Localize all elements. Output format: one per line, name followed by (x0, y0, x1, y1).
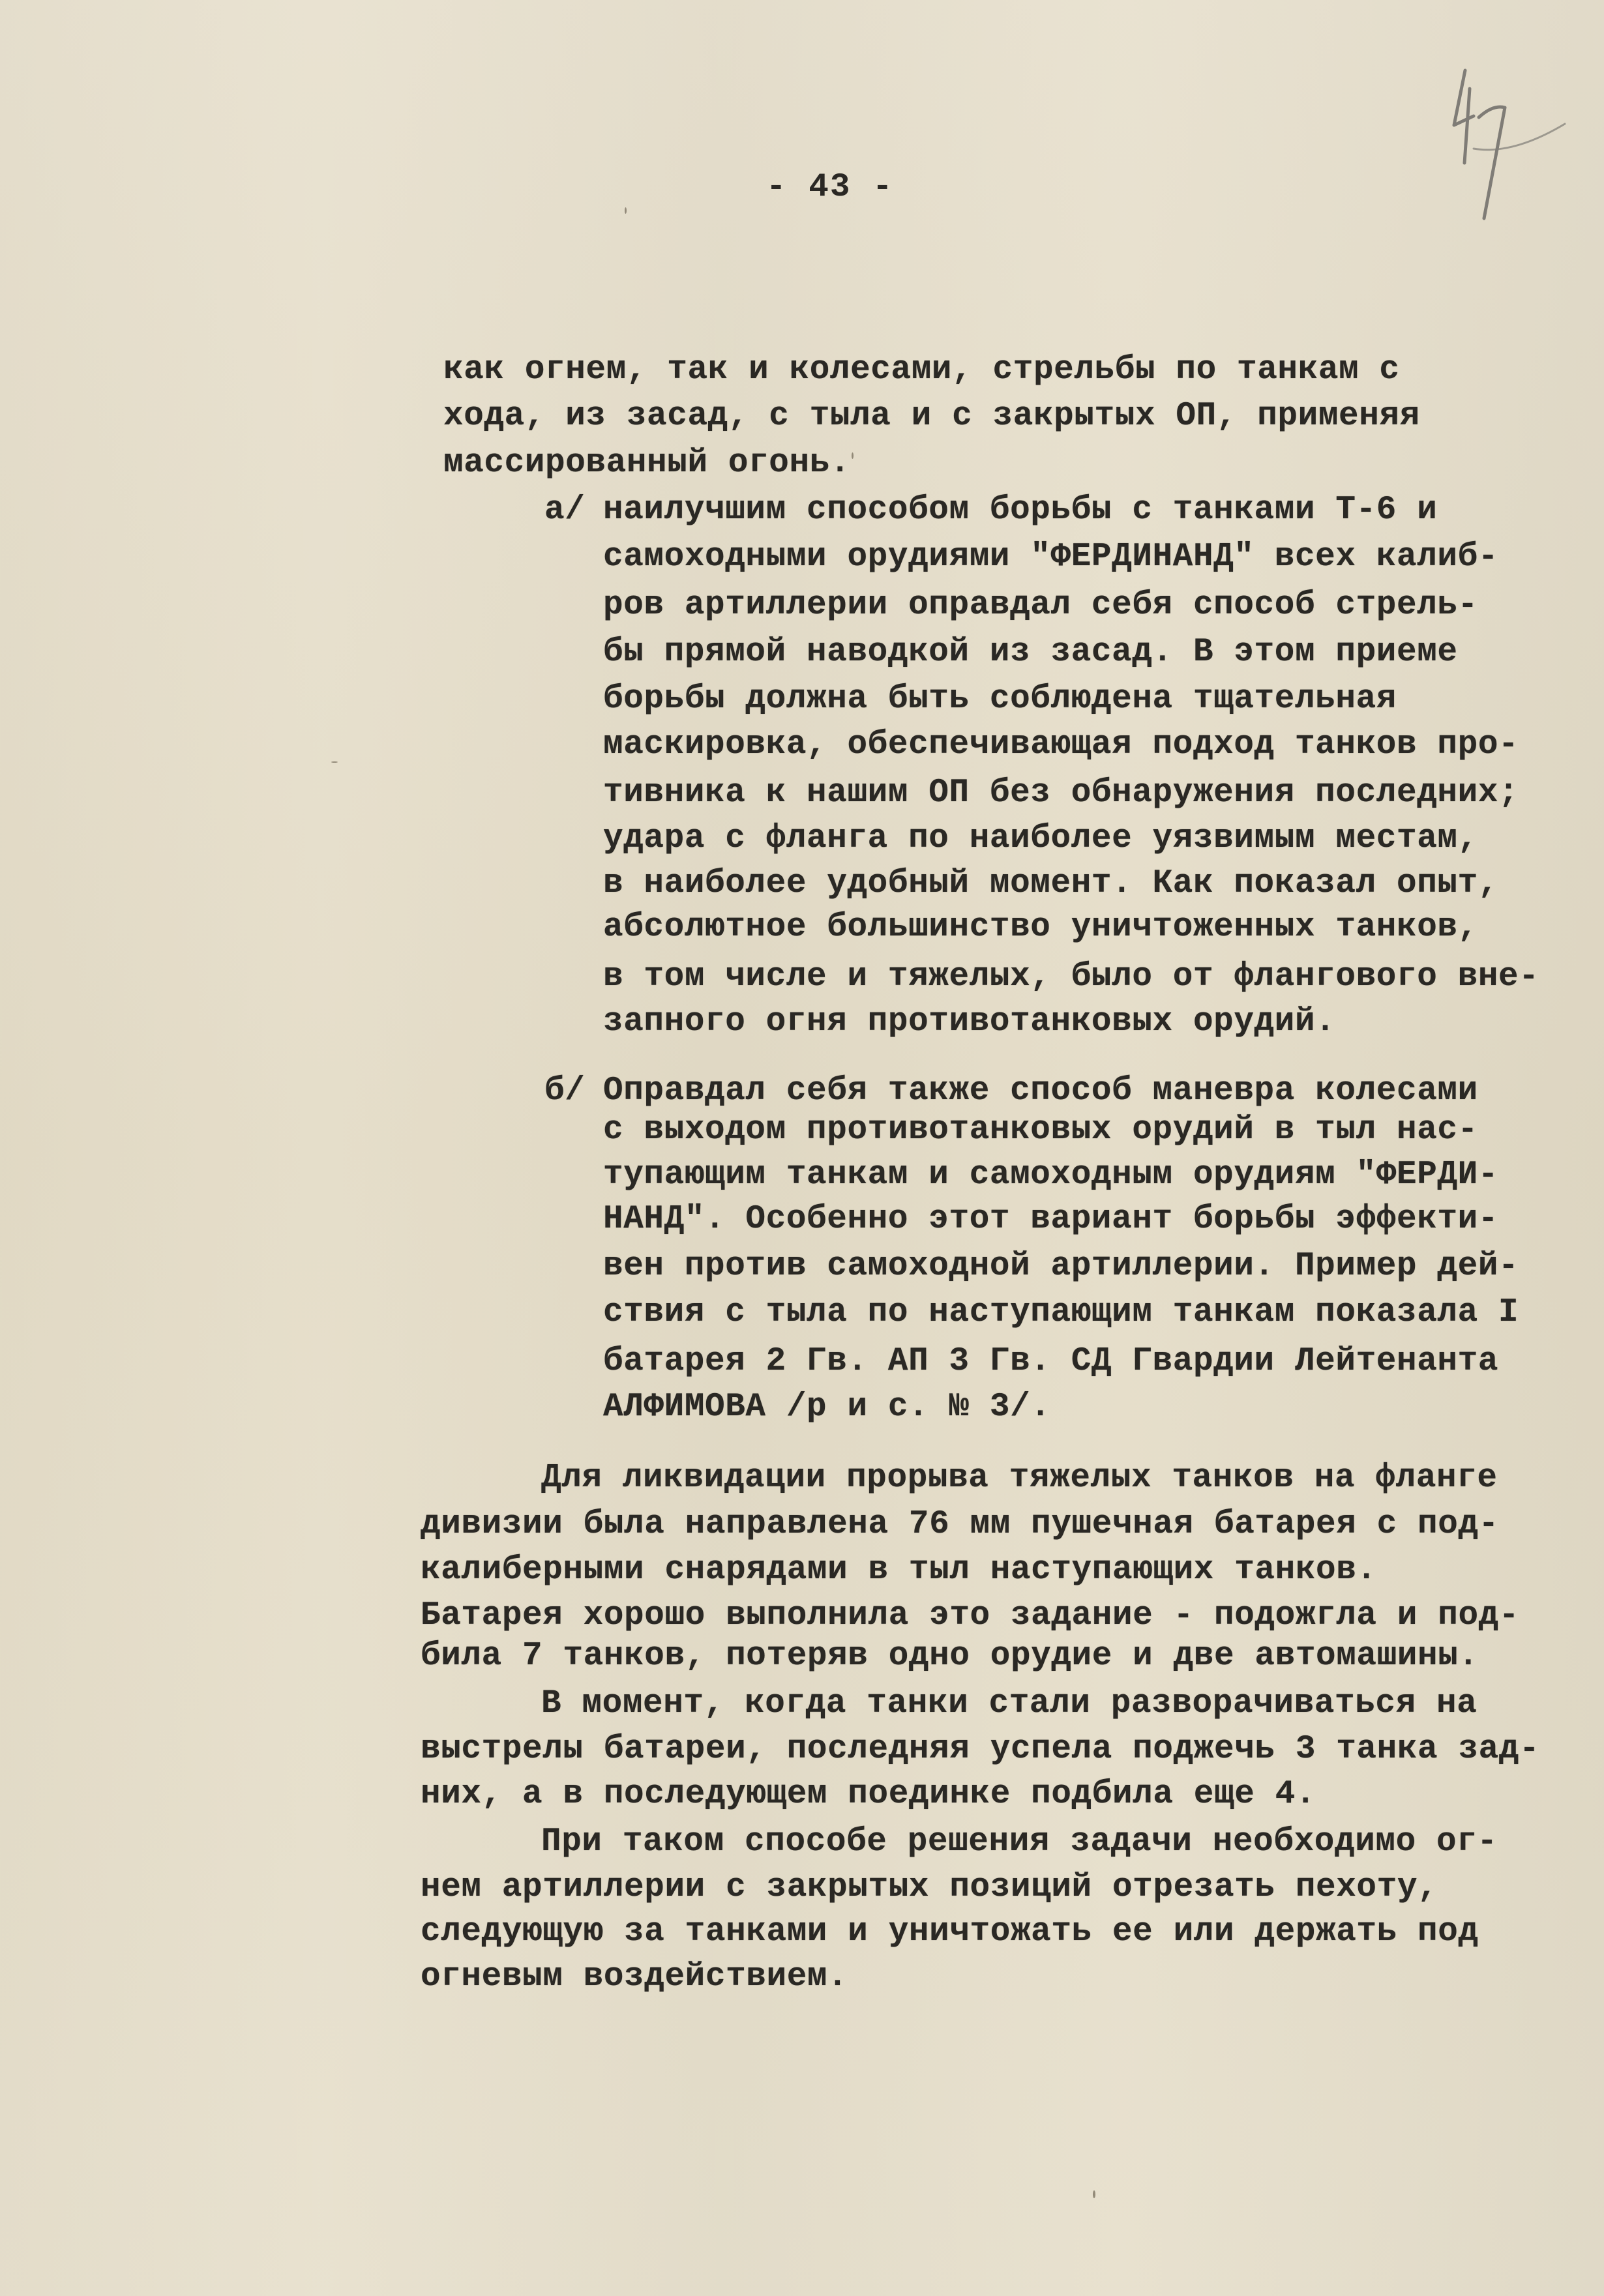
item-b-line: батарея 2 Гв. АП 3 Гв. СД Гвардии Лейтен… (603, 1345, 1498, 1378)
paragraph-1-line: дивизии была направлена 76 мм пушечная б… (421, 1508, 1499, 1541)
item-a-line: в наиболее удобный момент. Как показал о… (603, 867, 1498, 900)
body-line: массированный огонь. (443, 447, 850, 480)
document-page: - 43 - как огнем, так и колесами, стрель… (0, 0, 1604, 2296)
paper-speck (1093, 2190, 1095, 2198)
paragraph-1-line: Батарея хорошо выполнила это задание - п… (421, 1599, 1519, 1632)
list-marker-a: а/ (544, 493, 585, 527)
item-b-line: АЛФИМОВА /р и с. № 3/. (603, 1391, 1051, 1424)
item-b-line: Оправдал себя также способ маневра колес… (603, 1074, 1478, 1108)
list-marker-b: б/ (544, 1074, 585, 1108)
paper-speck (852, 452, 854, 459)
paragraph-1-line: калиберными снарядами в тыл наступающих … (421, 1553, 1377, 1587)
paper-speck (331, 761, 338, 763)
page-number: - 43 - (766, 171, 894, 204)
handwritten-folio-number (1428, 65, 1584, 222)
item-a-line: удара с фланга по наиболее уязвимым мест… (603, 822, 1478, 855)
item-a-line: маскировка, обеспечивающая подход танков… (603, 728, 1519, 761)
body-line: как огнем, так и колесами, стрельбы по т… (443, 353, 1400, 387)
paragraph-2-line: выстрелы батареи, последняя успела подже… (421, 1733, 1539, 1766)
item-b-line: тупающим танкам и самоходным орудиям "ФЕ… (603, 1158, 1498, 1192)
item-b-line: вен против самоходной артиллерии. Пример… (603, 1250, 1519, 1283)
item-b-line: с выходом противотанковых орудий в тыл н… (603, 1113, 1478, 1147)
paragraph-1-line: Для ликвидации прорыва тяжелых танков на… (541, 1462, 1498, 1495)
item-a-line: ров артиллерии оправдал себя способ стре… (603, 589, 1478, 622)
item-a-line: абсолютное большинство уничтоженных танк… (603, 911, 1478, 944)
item-a-line: наилучшим способом борьбы с танками Т-6 … (603, 493, 1437, 527)
item-a-line: в том числе и тяжелых, было от фланговог… (603, 960, 1539, 993)
item-b-line: НАНД". Особенно этот вариант борьбы эффе… (603, 1203, 1498, 1236)
item-a-line: бы прямой наводкой из засад. В этом прие… (603, 636, 1458, 669)
paragraph-3-line: нем артиллерии с закрытых позиций отреза… (421, 1871, 1438, 1904)
paragraph-3-line: огневым воздействием. (421, 1960, 848, 1994)
item-a-line: самоходными орудиями "ФЕРДИНАНД" всех ка… (603, 540, 1498, 574)
paper-speck (625, 207, 627, 214)
paragraph-2-line: В момент, когда танки стали разворачиват… (541, 1687, 1477, 1720)
paragraph-1-line: била 7 танков, потеряв одно орудие и две… (421, 1640, 1479, 1673)
paragraph-3-line: При таком способе решения задачи необход… (541, 1825, 1498, 1859)
item-a-line: тивника к нашим ОП без обнаружения после… (603, 776, 1519, 810)
paragraph-3-line: следующую за танками и уничтожать ее или… (421, 1915, 1479, 1949)
body-line: хода, из засад, с тыла и с закрытых ОП, … (443, 400, 1420, 433)
item-a-line: запного огня противотанковых орудий. (603, 1005, 1335, 1038)
item-a-line: борьбы должна быть соблюдена тщательная (603, 683, 1397, 716)
item-b-line: ствия с тыла по наступающим танкам показ… (603, 1296, 1519, 1329)
paragraph-2-line: них, а в последующем поединке подбила ещ… (421, 1778, 1316, 1811)
